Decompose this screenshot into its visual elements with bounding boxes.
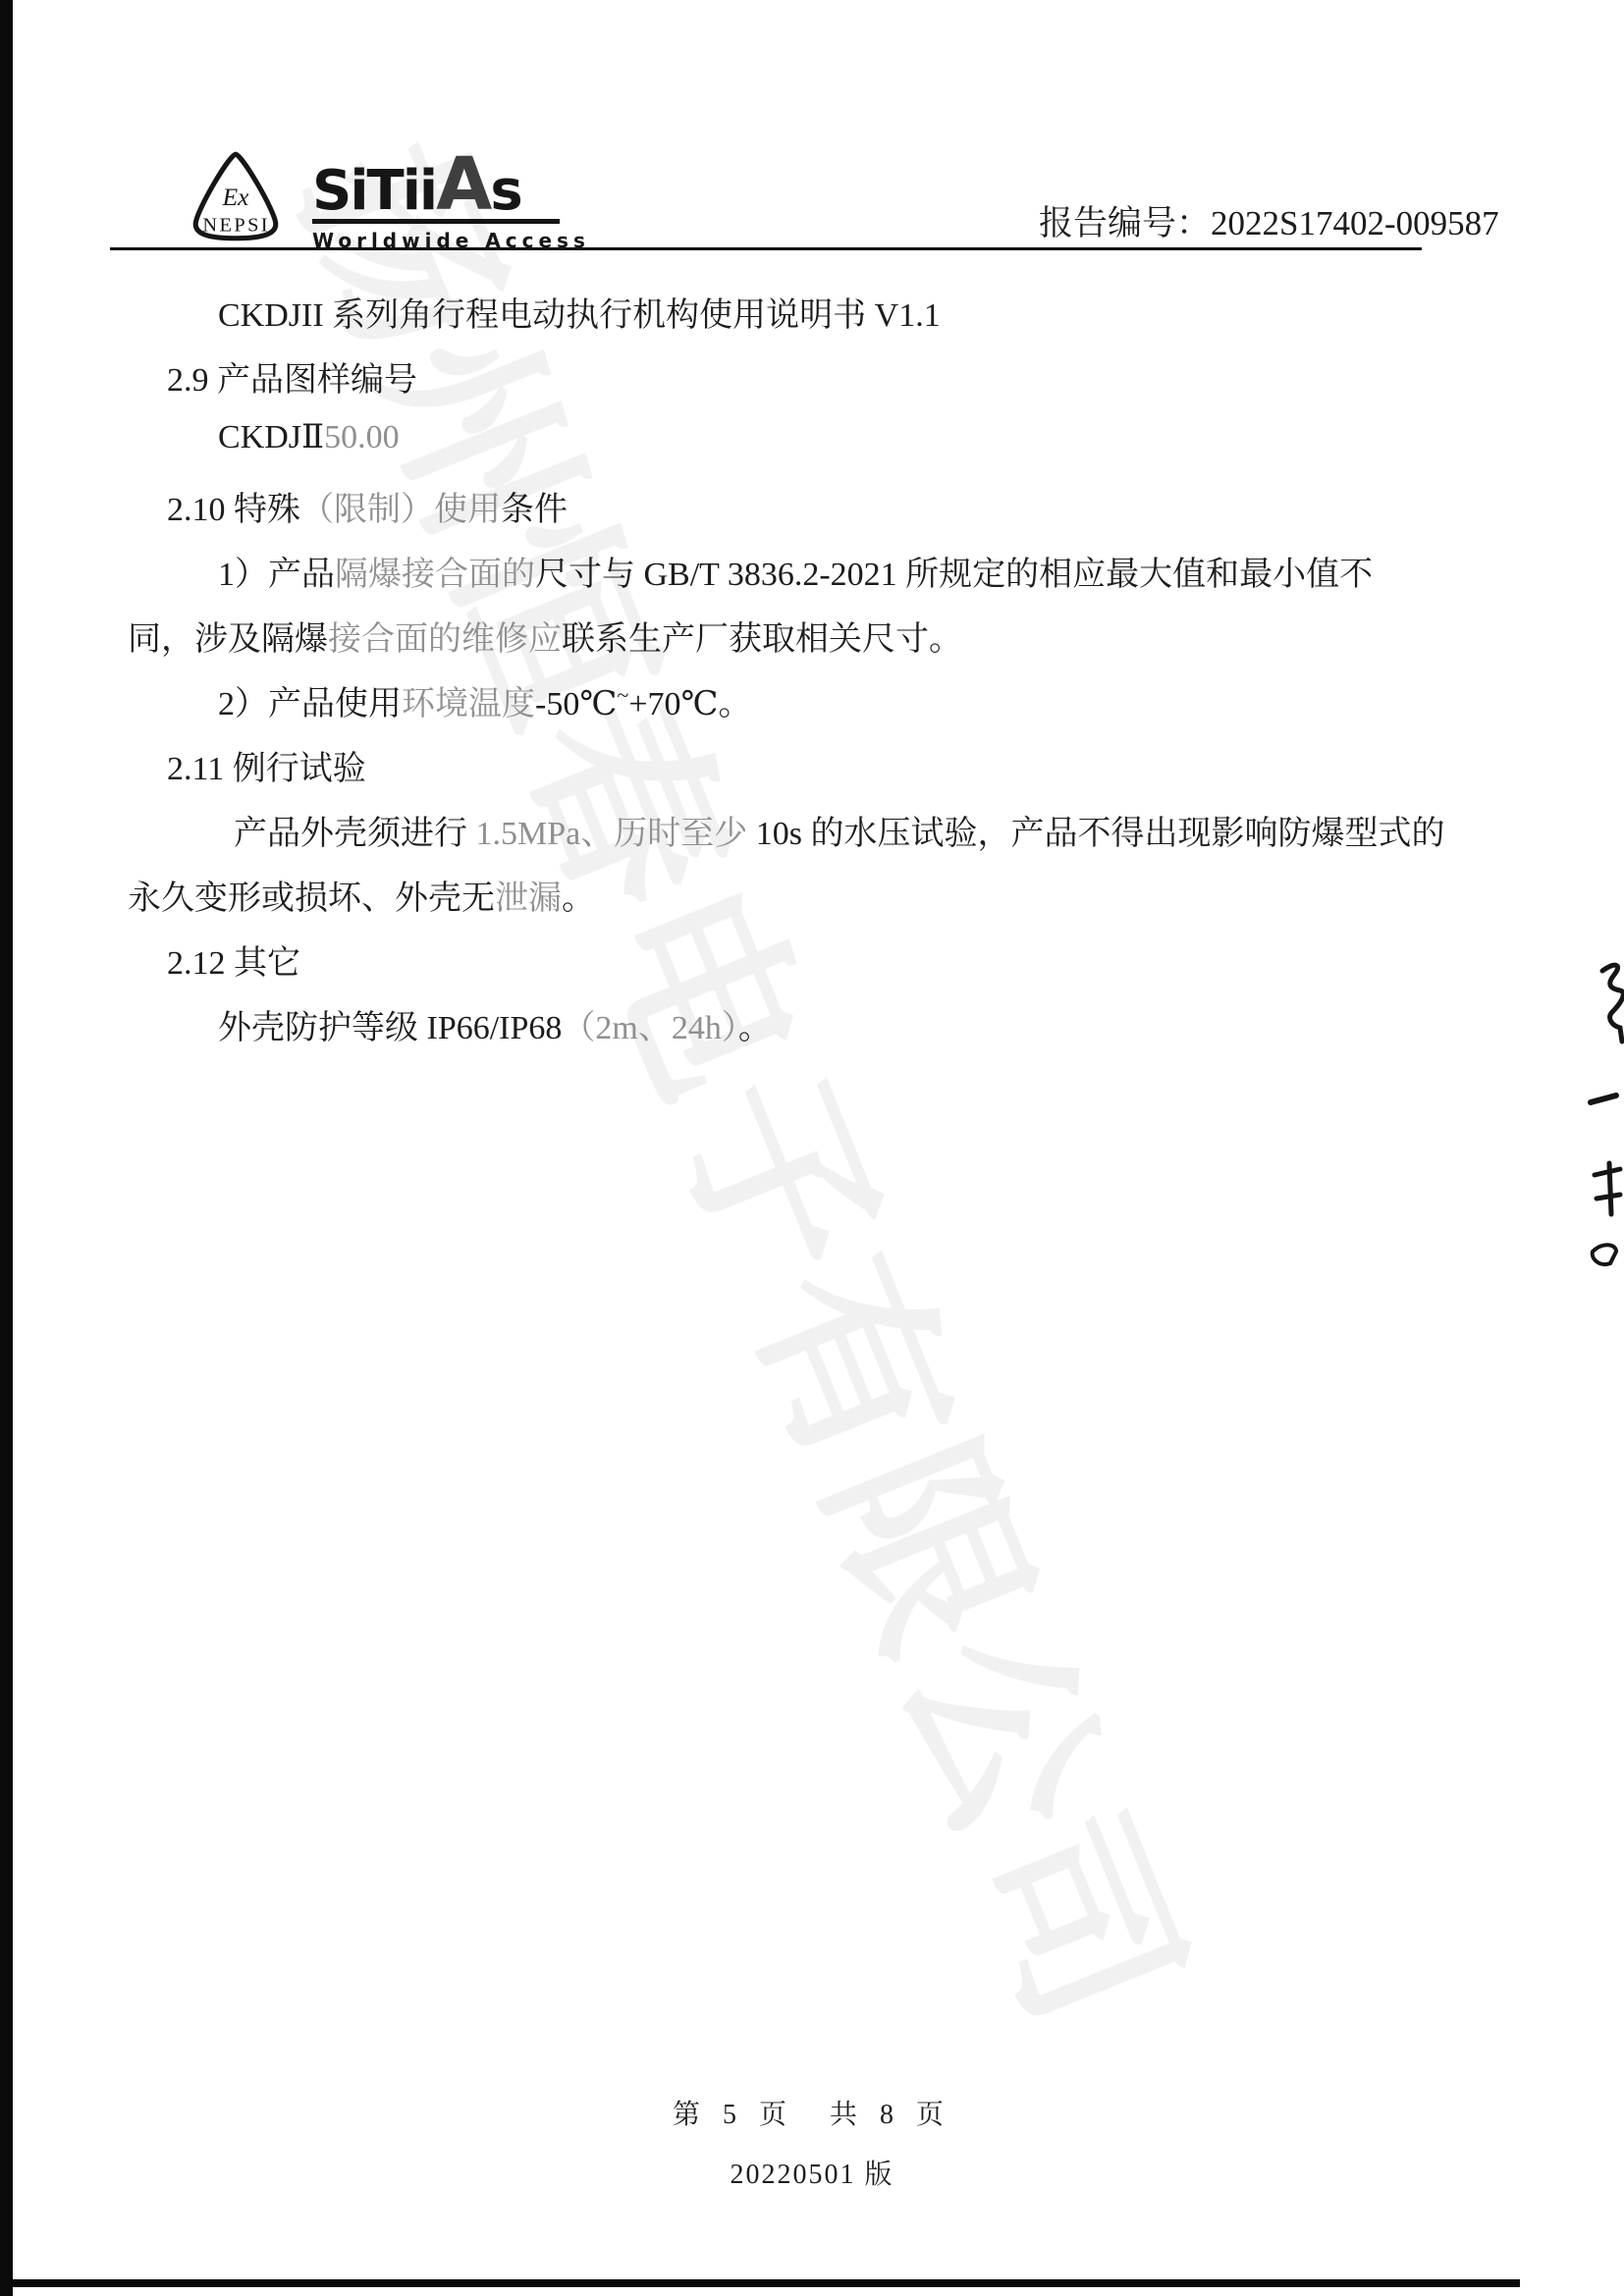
scan-edge-left: [0, 0, 13, 2296]
text-segment: 泄漏: [495, 881, 562, 917]
text-segment: +70℃。: [628, 686, 751, 722]
document-body: CKDJII 系列角行程电动执行机构使用说明书 V1.12.9 产品图样编号CK…: [128, 288, 1483, 1065]
text-segment: 。: [738, 1010, 772, 1046]
text-segment: 50.00: [324, 419, 400, 455]
text-segment: 环境温度: [402, 686, 535, 722]
text-segment: 2）产品使用: [218, 686, 402, 722]
text-segment: 产品外壳须进行: [234, 816, 476, 852]
logo-wordmark-s: s: [490, 169, 520, 214]
text-line: CKDJⅡ50.00: [128, 417, 1483, 482]
ex-mark-text: Ex: [222, 183, 250, 211]
text-segment: 隔爆接合面的: [335, 557, 535, 593]
nepsi-ex-certification-logo: Ex NEPSI: [181, 147, 291, 247]
text-segment: 联系生产厂获取相关尺寸。: [562, 621, 962, 658]
sitiias-logo: SiTii A s Worldwide Access: [312, 155, 568, 252]
text-segment: CKDJII 系列角行程电动执行机构使用说明书 V1.1: [218, 297, 941, 334]
report-number-label: 报告编号：: [1039, 204, 1211, 242]
text-segment: ~: [617, 683, 628, 708]
text-line: 产品外壳须进行 1.5MPa、历时至少 10s 的水压试验，产品不得出现影响防爆…: [128, 806, 1483, 871]
text-line: 永久变形或损坏、外壳无泄漏。: [128, 871, 1483, 935]
text-segment: 永久变形或损坏、外壳无: [128, 881, 495, 917]
text-segment: 同，涉及隔爆: [128, 621, 328, 658]
text-segment: -50℃: [535, 686, 617, 722]
logo-wordmark-left: SiTii: [312, 169, 436, 214]
text-segment: 外壳防护等级 IP66/IP68: [218, 1010, 562, 1046]
report-number: 报告编号：2022S17402-009587: [1039, 196, 1499, 245]
text-line: 2.10 特殊（限制）使用条件: [128, 482, 1483, 547]
text-segment: 1.5MPa、历时至少: [476, 816, 748, 852]
header-rule: [110, 247, 1422, 250]
text-segment: 条件: [501, 492, 568, 528]
text-segment: 接合面的维修应: [328, 621, 562, 658]
nepsi-mark-text: NEPSI: [202, 215, 268, 237]
text-segment: 2.9 产品图样编号: [167, 362, 417, 399]
text-segment: 尺寸与 GB/T 3836.2-2021 所规定的相应最大值和最小值不: [535, 557, 1373, 593]
logo-wordmark-a: A: [436, 155, 490, 215]
text-line: 1）产品隔爆接合面的尺寸与 GB/T 3836.2-2021 所规定的相应最大值…: [128, 547, 1483, 612]
scanned-report-page: 扬州恒春电子有限公司 Ex NEPSI SiTii A s Worldwide …: [0, 0, 1624, 2296]
text-line: 2.9 产品图样编号: [128, 352, 1483, 417]
text-segment: 。: [562, 881, 595, 917]
text-line: 2.12 其它: [128, 935, 1483, 1000]
text-line: 2.11 例行试验: [128, 741, 1483, 806]
scan-edge-bottom: [0, 2279, 1520, 2287]
text-segment: CKDJⅡ: [218, 419, 324, 455]
text-segment: 1）产品: [218, 557, 335, 593]
text-line: 外壳防护等级 IP66/IP68（2m、24h）。: [128, 1000, 1483, 1065]
text-segment: （限制）使用: [300, 492, 501, 528]
text-line: 同，涉及隔爆接合面的维修应联系生产厂获取相关尺寸。: [128, 612, 1483, 676]
report-number-value: 2022S17402-009587: [1211, 204, 1499, 242]
text-line: 2）产品使用环境温度-50℃~+70℃。: [128, 676, 1483, 741]
version-label: 20220501 版: [0, 2153, 1624, 2192]
scan-artifact-marks-icon: [1577, 957, 1624, 1291]
page-header: Ex NEPSI SiTii A s Worldwide Access 报告编号…: [0, 0, 1624, 255]
text-segment: 2.11 例行试验: [167, 751, 366, 787]
text-segment: 2.10 特殊: [167, 492, 300, 528]
logo-wordmark: SiTii A s: [312, 155, 568, 216]
text-segment: 10s 的水压试验，产品不得出现影响防爆型式的: [747, 816, 1444, 852]
text-line: CKDJII 系列角行程电动执行机构使用说明书 V1.1: [128, 288, 1483, 352]
page-number: 第 5 页 共 8 页: [0, 2093, 1624, 2132]
text-segment: 2.12 其它: [167, 945, 300, 982]
text-segment: （2m、24h）: [562, 1010, 737, 1046]
